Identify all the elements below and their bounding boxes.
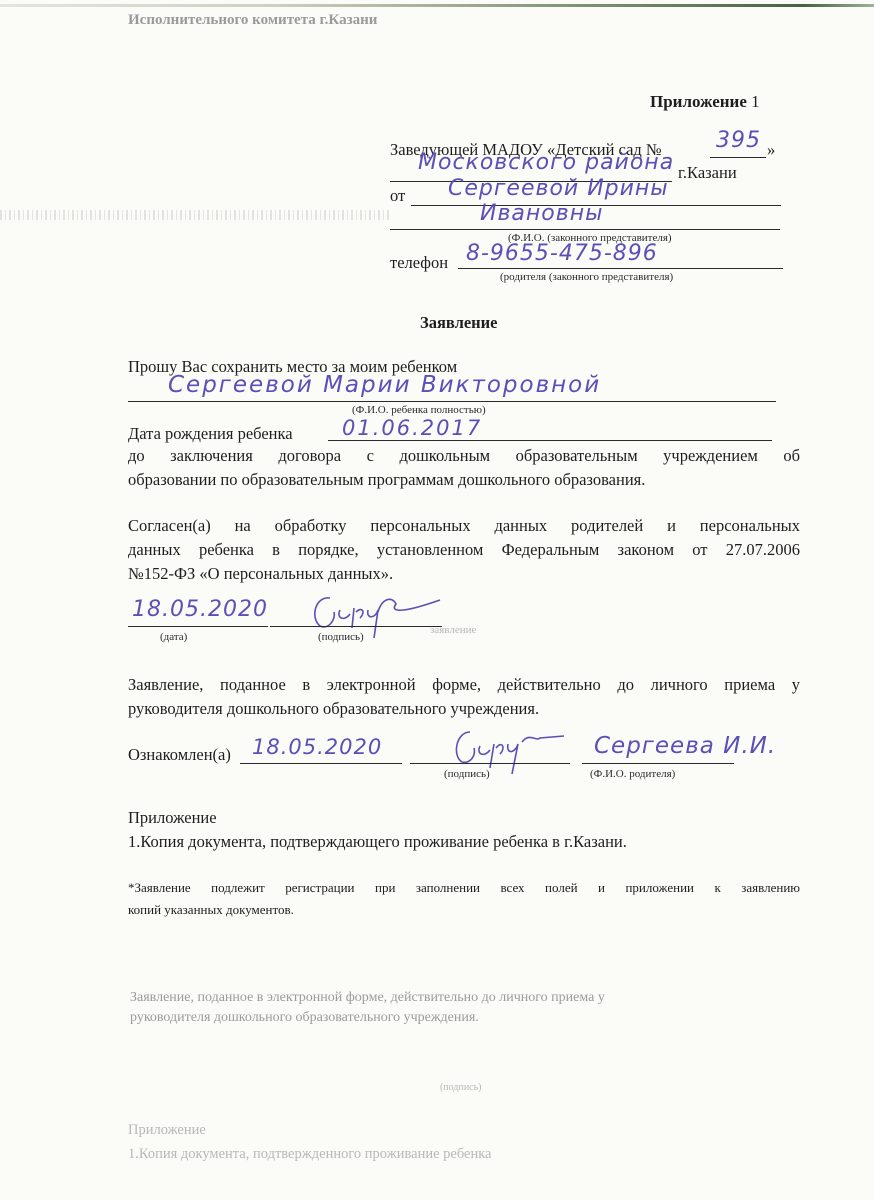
child-name-field[interactable]: Сергеевой Марии Викторовной — [168, 372, 601, 398]
bleed-through-line-2: руководителя дошкольного образовательног… — [130, 1010, 479, 1026]
ghost-header-text: Исполнительного комитета г.Казани — [128, 12, 377, 29]
child-name-underline — [128, 401, 776, 402]
bleed-through-heading: Приложение — [128, 1122, 206, 1139]
parent-name-underline — [582, 763, 734, 764]
representative-name-field-2[interactable]: Ивановны — [480, 201, 603, 226]
appendix-number: 1 — [751, 92, 760, 111]
scan-noise — [0, 210, 390, 220]
request-para-line-2: образовании по образовательным программа… — [128, 470, 645, 490]
acknowledged-date-underline — [240, 763, 402, 764]
phone-label: телефон — [390, 253, 448, 273]
birth-date-underline — [328, 440, 772, 441]
consent-line-2: данных ребенка в порядке, установленном … — [128, 540, 800, 560]
consent-line-3: №152-ФЗ «О персональных данных». — [128, 564, 393, 584]
acknowledged-label: Ознакомлен(а) — [128, 745, 231, 765]
acknowledged-signature-underline — [410, 763, 570, 764]
phone-underline — [458, 268, 783, 269]
consent-date-field[interactable]: 18.05.2020 — [132, 597, 268, 622]
from-label: от — [390, 186, 405, 206]
addressee-suffix: » — [767, 140, 775, 160]
document-title: Заявление — [420, 313, 498, 333]
district-field[interactable]: Московского района — [418, 150, 674, 175]
appendix-word: Приложение — [650, 92, 747, 111]
city-label: г.Казани — [678, 163, 737, 183]
consent-date-underline — [128, 626, 268, 627]
footnote-line-2: копий указанных документов. — [128, 902, 294, 918]
child-name-caption: (Ф.И.О. ребенка полностью) — [352, 404, 486, 416]
bleed-through-fragment: заявление — [430, 624, 476, 636]
phone-caption: (родителя (законного представителя) — [500, 271, 673, 283]
electronic-line-1: Заявление, поданное в электронной форме,… — [128, 675, 800, 695]
kindergarten-number-underline — [710, 157, 766, 158]
appendix-label: Приложение 1 — [650, 92, 760, 112]
acknowledged-date-field[interactable]: 18.05.2020 — [252, 735, 382, 759]
attachment-item-1: 1.Копия документа, подтверждающего прожи… — [128, 832, 627, 852]
birth-date-field[interactable]: 01.06.2017 — [342, 416, 482, 440]
parent-name-caption: (Ф.И.О. родителя) — [590, 768, 675, 780]
bleed-through-item-1: 1.Копия документа, подтвержденного прожи… — [128, 1146, 491, 1163]
consent-signature-underline — [270, 626, 442, 627]
parent-name-field[interactable]: Сергеева И.И. — [594, 733, 776, 759]
consent-line-1: Согласен(а) на обработку персональных да… — [128, 516, 800, 536]
request-para-line-1: до заключения договора с дошкольным обра… — [128, 446, 800, 466]
consent-signature-caption: (подпись) — [318, 631, 364, 643]
acknowledged-signature-caption: (подпись) — [444, 768, 490, 780]
representative-underline-2 — [390, 229, 780, 230]
kindergarten-number-field[interactable]: 395 — [716, 128, 761, 153]
bleed-through-line-1: Заявление, поданное в электронной форме,… — [130, 990, 605, 1006]
footnote-line-1: *Заявление подлежит регистрации при запо… — [128, 880, 800, 896]
birth-date-label: Дата рождения ребенка — [128, 424, 293, 444]
bleed-through-caption: (подпись) — [440, 1082, 482, 1093]
representative-name-field-1[interactable]: Сергеевой Ирины — [448, 176, 669, 201]
consent-date-caption: (дата) — [160, 631, 187, 643]
attachments-heading: Приложение — [128, 808, 217, 828]
phone-field[interactable]: 8-9655-475-896 — [466, 241, 658, 266]
electronic-line-2: руководителя дошкольного образовательног… — [128, 699, 539, 719]
scan-edge-line — [0, 4, 874, 7]
